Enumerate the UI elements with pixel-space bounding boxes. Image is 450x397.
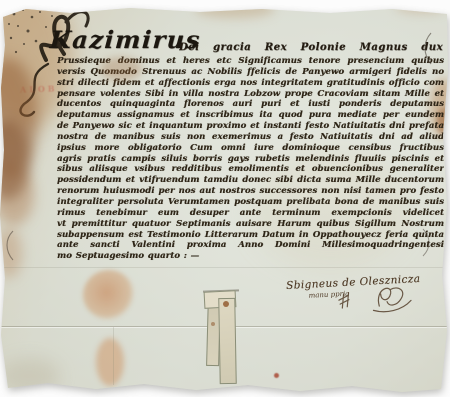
margin-flourish-icon: [420, 32, 434, 66]
manuscript-line: Prussieque dominus et heres etc Signific…: [57, 56, 444, 67]
signature-block: Sbigneus de Olesznicza manu ppria: [286, 272, 436, 292]
stain: [96, 338, 124, 386]
margin-flourish-icon: [2, 230, 16, 262]
seal-showthrough-stain: [83, 270, 135, 320]
stain: [0, 358, 60, 394]
stain: [395, 0, 447, 14]
manuscript-line: stri dilecti fidem et affectionis erga n…: [57, 78, 444, 89]
stain-over-text: [0, 120, 30, 200]
manuscript-line: renorum huiusmodi per nos aut nostros su…: [57, 186, 444, 197]
manuscript-line: vt premittitur quatuor Septimanis auisar…: [57, 219, 444, 230]
document-wrapper: Kazimirus Dei gracia Rex Polonie Magnus …: [0, 0, 450, 397]
manuscript-line: possidendum et vtifruendum tamdiu donec …: [57, 175, 444, 186]
seal-tag-spot: [211, 322, 215, 326]
manuscript-line: de Panyewo sic et inquantum proximo et i…: [57, 121, 444, 132]
manuscript-line: pensare volentes Sibi in villa nostra Lo…: [57, 89, 444, 100]
scanned-charter-photo: Kazimirus Dei gracia Rex Polonie Magnus …: [0, 0, 450, 397]
signature-paraph-icon: [334, 282, 421, 318]
manuscript-line: sibus aliisque vsibus redditibus emolime…: [57, 164, 444, 175]
stain: [274, 373, 279, 378]
parchment-sheet: Kazimirus Dei gracia Rex Polonie Magnus …: [0, 0, 450, 397]
seal-tag-front-strip: [218, 298, 236, 384]
seal-tag-spot: [223, 301, 229, 307]
manuscript-line: rimus tenebimur eum desuper ante terminu…: [57, 208, 444, 219]
manuscript-line: versis Quomodo Strenuus ac Nobilis ffeli…: [57, 67, 444, 78]
manuscript-line: subappensum est Testimonio Litterarum Da…: [57, 230, 444, 241]
stain: [195, 0, 275, 18]
charter-body: Prussieque dominus et heres etc Signific…: [57, 56, 444, 262]
ink-spatter: [4, 4, 64, 64]
manuscript-line: ducentos quinquaginta florenos auri puri…: [57, 99, 444, 110]
charter-heading: Dei gracia Rex Polonie Magnus dux Lithwa…: [179, 41, 443, 54]
manuscript-line: mo Septuagesimo quarto : —: [57, 251, 444, 262]
fold-crease: [0, 267, 450, 268]
margin-flourish-icon: [420, 228, 434, 258]
fold-crease: [113, 327, 114, 385]
manuscript-line: nostra de manibus suis non exemerimus a …: [57, 132, 444, 143]
manuscript-line: integraliter persoluta Verumtamen postqu…: [57, 197, 444, 208]
opening-word: Kazimirus: [49, 25, 202, 54]
manuscript-line: deputamus assignamus et inscribimus ita …: [57, 110, 444, 121]
manuscript-line: agris pratis campis siluis borris gays r…: [57, 154, 444, 165]
faint-red-stamp: ALOB: [20, 83, 58, 94]
manuscript-line: ante sancti Valentini proxima Anno Domin…: [57, 240, 444, 251]
manuscript-line: ipsius more obligatorio Cum omni iure do…: [57, 143, 444, 154]
stain: [0, 165, 34, 225]
